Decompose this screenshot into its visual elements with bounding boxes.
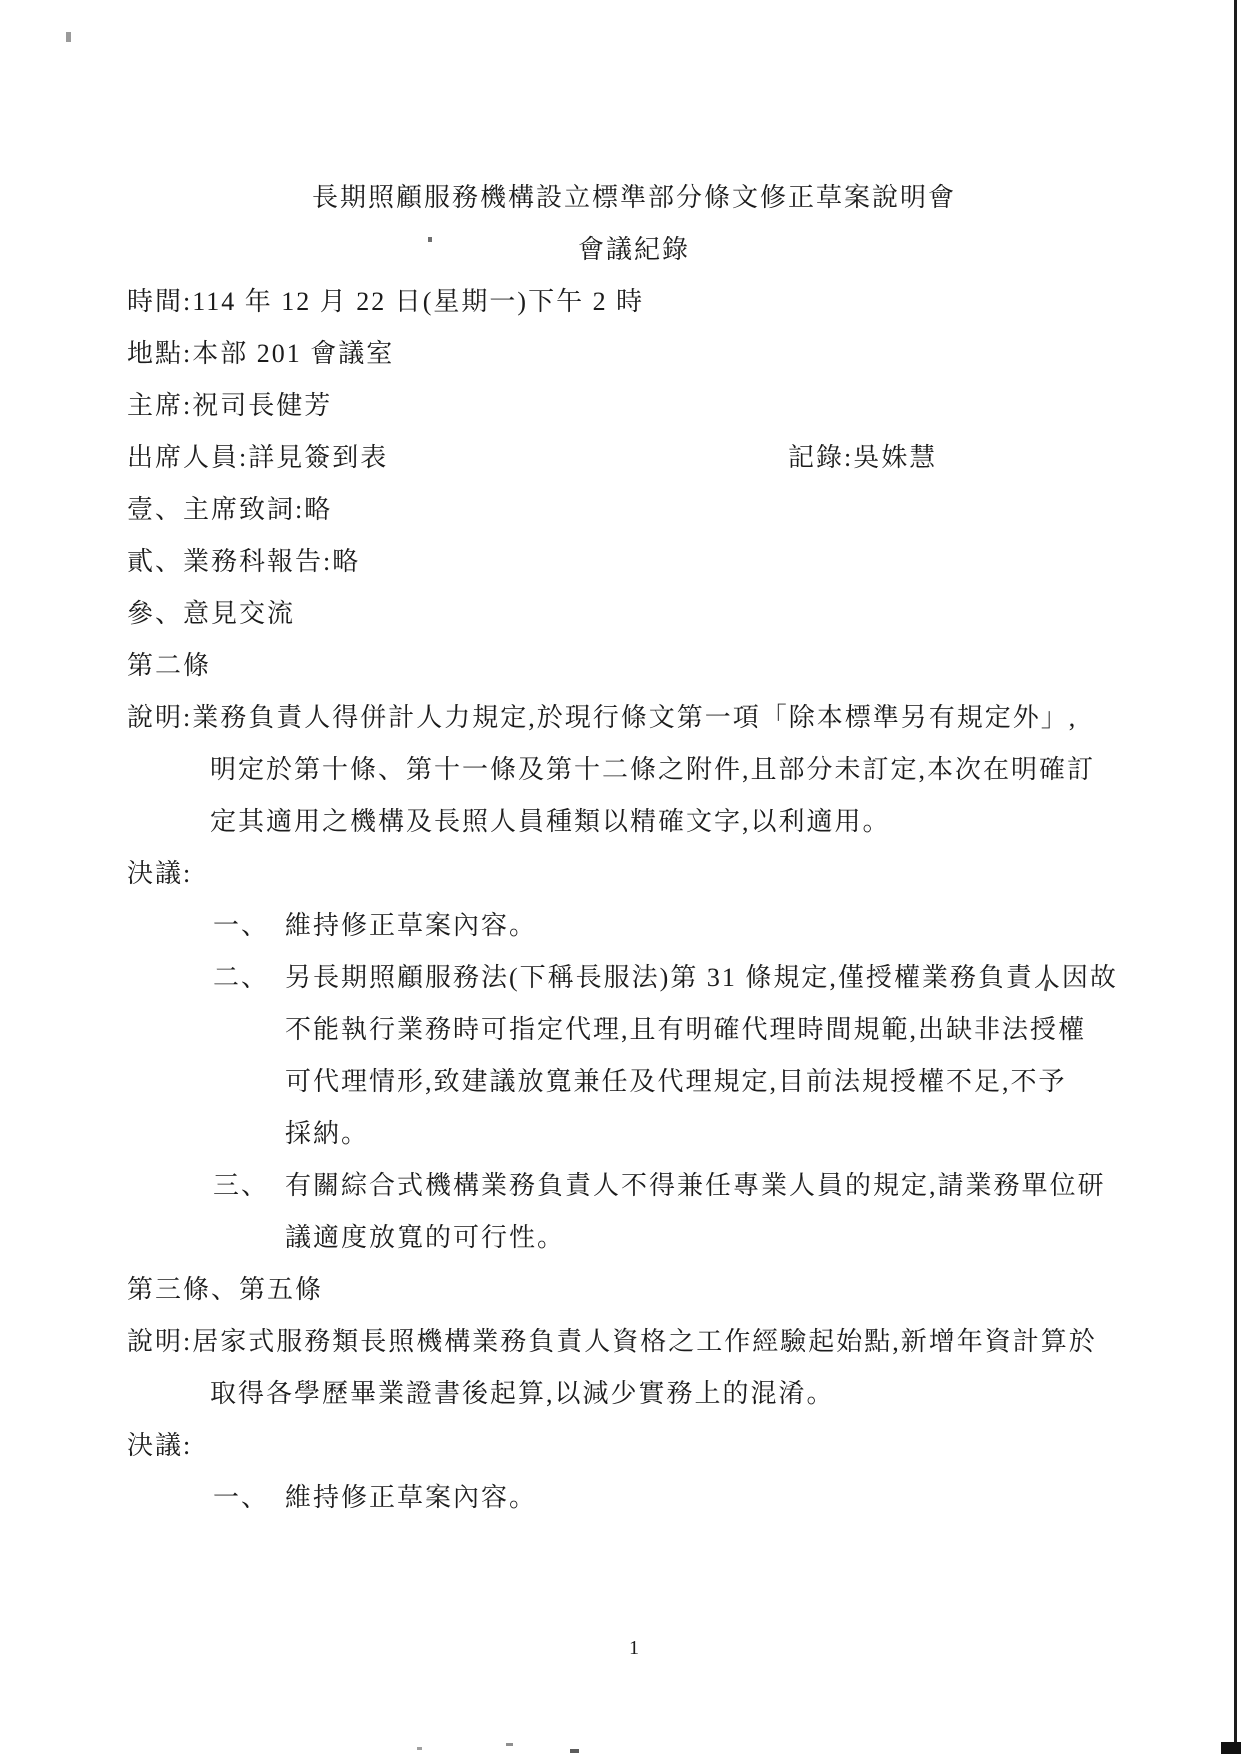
scan-speck	[66, 32, 71, 42]
page-number: 1	[127, 1636, 1141, 1660]
resolution-item: 二、另長期照顧服務法(下稱長服法)第 31 條規定,僅授權業務負責人因故	[127, 952, 1141, 1004]
meta-recorder: 記錄:吳姝慧	[788, 432, 937, 484]
document-page: 長期照顧服務機構設立標準部分條文修正草案說明會 會議紀錄 時間:114 年 12…	[0, 0, 1241, 1754]
resolution-line: 不能執行業務時可指定代理,且有明確代理時間規範,出缺非法授權	[127, 1004, 1141, 1056]
resolution-item-number: 三、	[213, 1160, 285, 1212]
agenda-item-1: 壹、主席致詞:略	[127, 484, 1141, 536]
scan-edge-line	[1234, 0, 1237, 1754]
resolution-item: 一、維持修正草案內容。	[127, 1472, 1141, 1524]
meta-attendees: 出席人員:詳見簽到表	[127, 443, 388, 472]
resolution-line: 議適度放寬的可行性。	[127, 1212, 1141, 1264]
document-content: 長期照顧服務機構設立標準部分條文修正草案說明會 會議紀錄 時間:114 年 12…	[0, 0, 1241, 1524]
explanation-line: 定其適用之機構及長照人員種類以精確文字,以利適用。	[127, 796, 1141, 848]
resolution-line: 另長期照顧服務法(下稱長服法)第 31 條規定,僅授權業務負責人因故	[285, 963, 1118, 992]
scan-speck	[417, 1747, 422, 1750]
resolution-label: 決議:	[127, 1420, 1141, 1472]
resolution-item: 一、維持修正草案內容。	[127, 900, 1141, 952]
agenda-item-2: 貳、業務科報告:略	[127, 536, 1141, 588]
meta-location: 地點:本部 201 會議室	[127, 328, 1141, 380]
meta-chair: 主席:祝司長健芳	[127, 380, 1141, 432]
scan-speck	[570, 1749, 579, 1753]
explanation-line: 說明:業務負責人得併計人力規定,於現行條文第一項「除本標準另有規定外」,	[127, 692, 1141, 744]
scan-speck	[428, 237, 432, 242]
resolution-line: 維持修正草案內容。	[285, 1483, 537, 1512]
resolution-line: 採納。	[127, 1108, 1141, 1160]
scan-corner-blob	[1221, 1742, 1241, 1754]
resolution-item-number: 二、	[213, 952, 285, 1004]
resolution-item-number: 一、	[213, 900, 285, 952]
explanation-line: 說明:居家式服務類長照機構業務負責人資格之工作經驗起始點,新增年資計算於	[127, 1316, 1141, 1368]
resolution-line: 可代理情形,致建議放寬兼任及代理規定,目前法規授權不足,不予	[127, 1056, 1141, 1108]
resolution-line: 有關綜合式機構業務負責人不得兼任專業人員的規定,請業務單位研	[285, 1171, 1106, 1200]
doc-title: 長期照顧服務機構設立標準部分條文修正草案說明會	[127, 172, 1141, 224]
explanation-line: 明定於第十條、第十一條及第十二條之附件,且部分未訂定,本次在明確訂	[127, 744, 1141, 796]
doc-subtitle: 會議紀錄	[127, 224, 1141, 276]
resolution-label: 決議:	[127, 848, 1141, 900]
resolution-item-number: 一、	[213, 1472, 285, 1524]
meta-time: 時間:114 年 12 月 22 日(星期一)下午 2 時	[127, 276, 1141, 328]
resolution-line: 維持修正草案內容。	[285, 911, 537, 940]
explanation-line: 取得各學歷畢業證書後起算,以減少實務上的混淆。	[127, 1368, 1141, 1420]
agenda-item-3: 參、意見交流	[127, 588, 1141, 640]
article-heading: 第二條	[127, 640, 1141, 692]
meta-attendees-row: 出席人員:詳見簽到表 記錄:吳姝慧	[127, 432, 1141, 484]
article-heading: 第三條、第五條	[127, 1264, 1141, 1316]
scan-speck	[506, 1743, 513, 1746]
resolution-item: 三、有關綜合式機構業務負責人不得兼任專業人員的規定,請業務單位研	[127, 1160, 1141, 1212]
